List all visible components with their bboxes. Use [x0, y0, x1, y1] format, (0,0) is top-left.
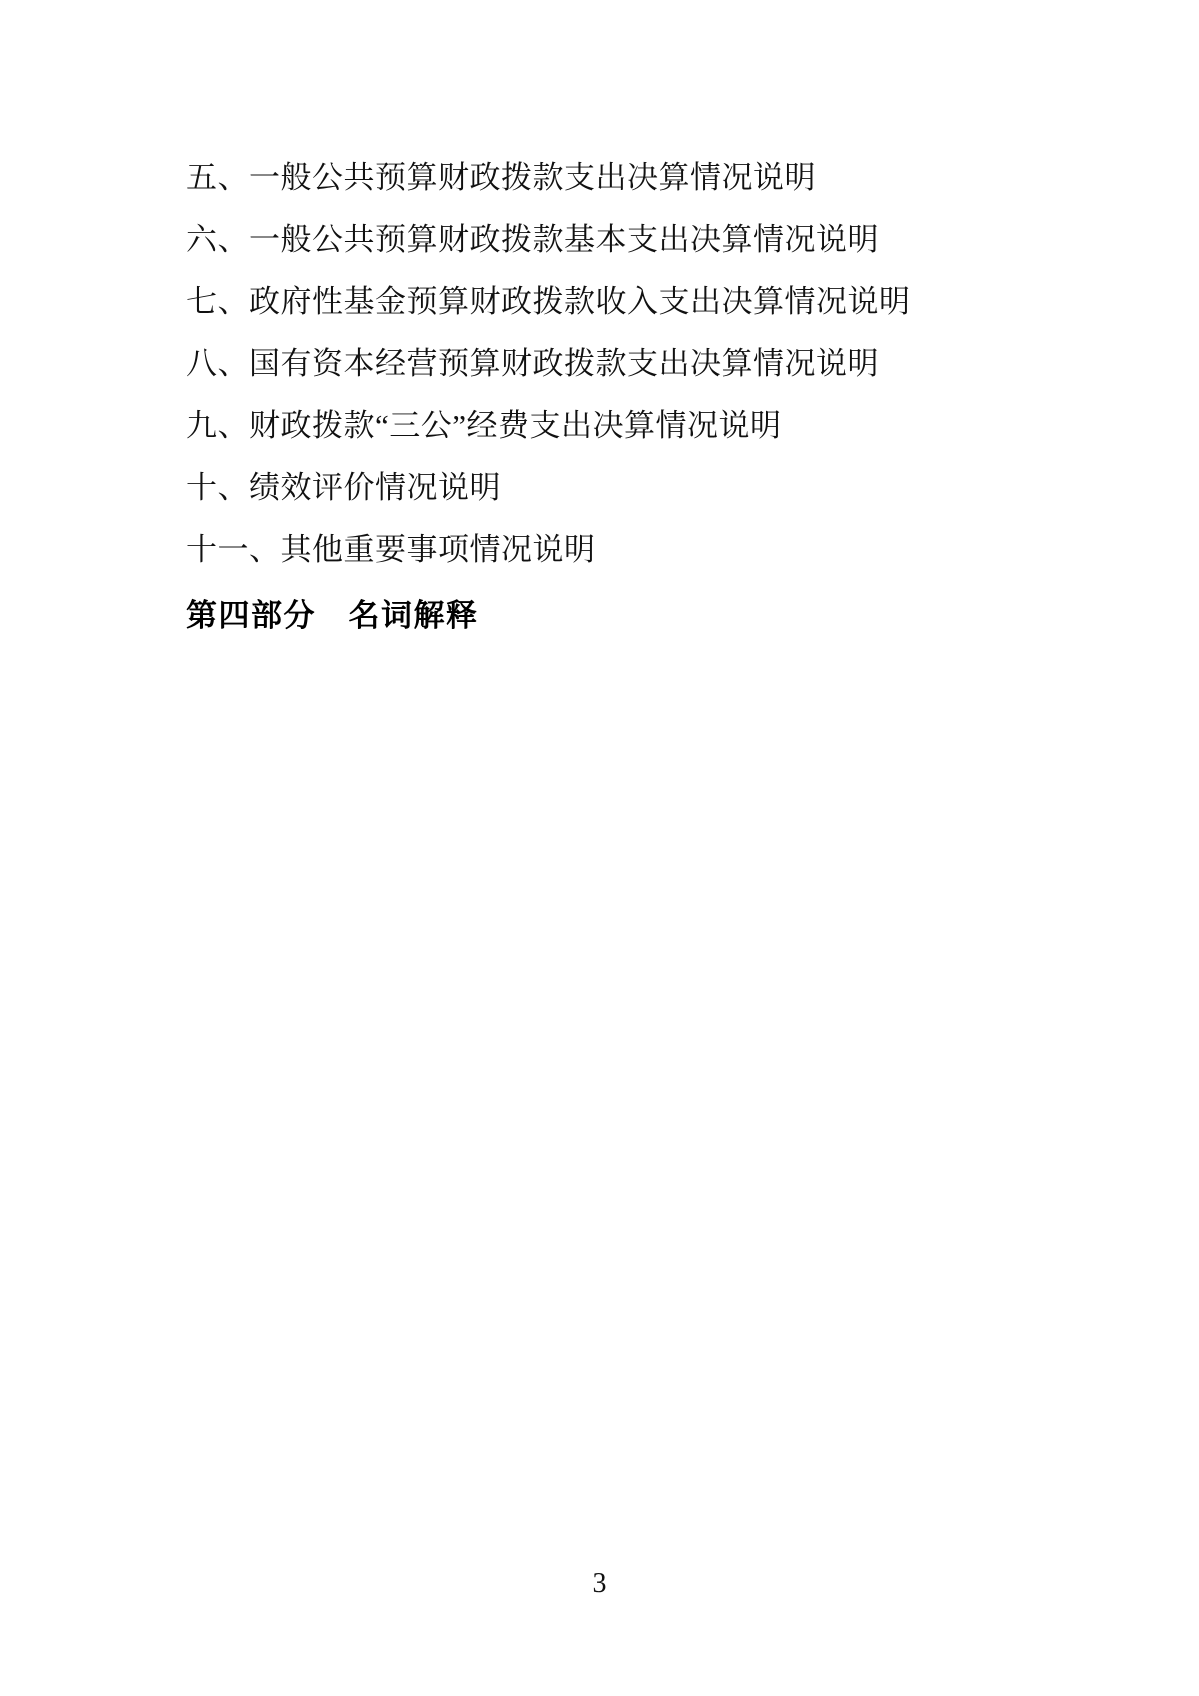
toc-item: 九、财政拨款“三公”经费支出决算情况说明 — [186, 395, 1139, 457]
section-heading: 第四部分 名词解释 — [186, 585, 1139, 647]
table-of-contents: 五、一般公共预算财政拨款支出决算情况说明 六、一般公共预算财政拨款基本支出决算情… — [186, 147, 1139, 647]
toc-item: 七、政府性基金预算财政拨款收入支出决算情况说明 — [186, 271, 1139, 333]
toc-item: 十一、其他重要事项情况说明 — [186, 519, 1139, 581]
toc-item: 十、绩效评价情况说明 — [186, 457, 1139, 519]
toc-item: 五、一般公共预算财政拨款支出决算情况说明 — [186, 147, 1139, 209]
page-number: 3 — [0, 1568, 1199, 1600]
toc-item: 六、一般公共预算财政拨款基本支出决算情况说明 — [186, 209, 1139, 271]
toc-item: 八、国有资本经营预算财政拨款支出决算情况说明 — [186, 333, 1139, 395]
document-page: 五、一般公共预算财政拨款支出决算情况说明 六、一般公共预算财政拨款基本支出决算情… — [0, 0, 1199, 1696]
